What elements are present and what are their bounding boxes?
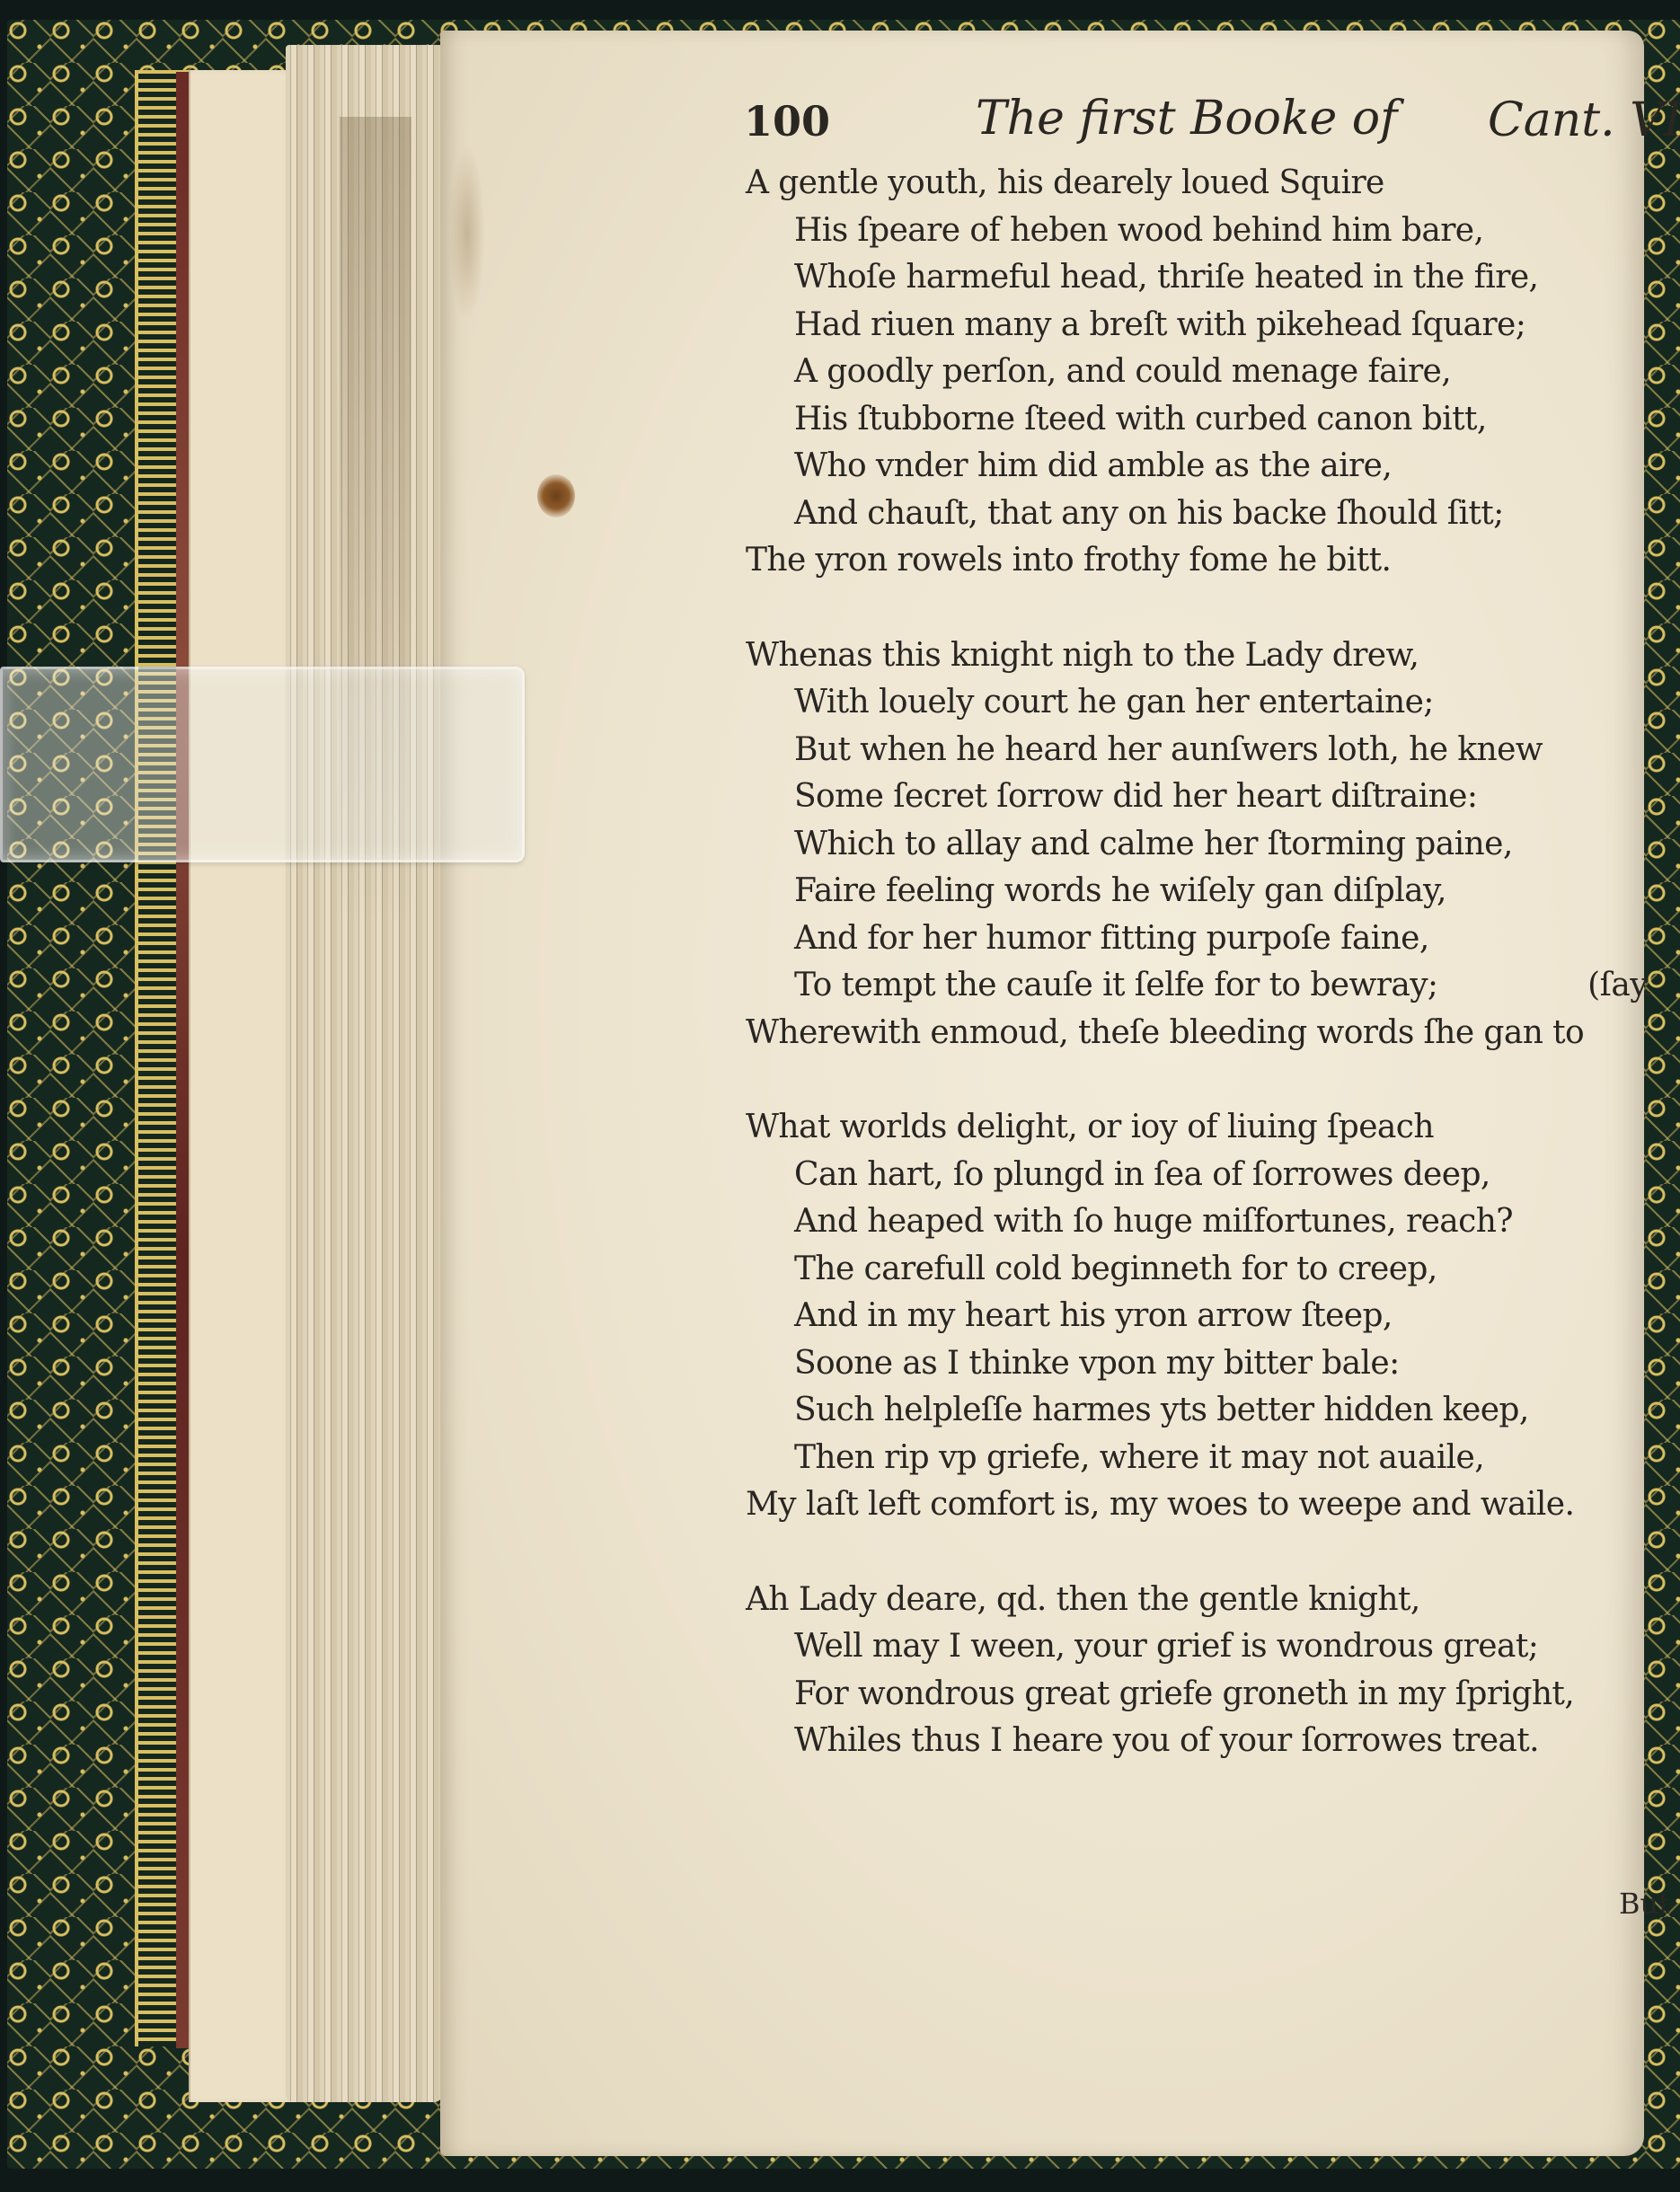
verse-line: What worlds delight, or ioy of liuing ſp… bbox=[746, 1104, 1653, 1152]
marbled-edge-strip bbox=[176, 72, 189, 2048]
verse-line: Who vnder him did amble as the aire, bbox=[746, 443, 1653, 491]
verse-line: Which to allay and calme her ſtorming pa… bbox=[746, 821, 1653, 869]
stanza: What worlds delight, or ioy of liuing ſp… bbox=[746, 1104, 1653, 1529]
stanza: A gentle youth, his dearely loued Squire… bbox=[746, 160, 1653, 585]
page-block-fore-edge bbox=[286, 45, 443, 2102]
verse-line: The carefull cold beginneth for to creep… bbox=[746, 1246, 1653, 1294]
stanza: Ah Lady deare, qd. then the gentle knigh… bbox=[746, 1577, 1653, 1765]
verse-line: Soone as I thinke vpon my bitter bale: bbox=[746, 1340, 1653, 1388]
ink-stain-spot bbox=[537, 474, 575, 517]
running-title: The first Booke of bbox=[976, 92, 1397, 146]
verse-line-alexandrine: My laſt left comfort is, my woes to weep… bbox=[746, 1481, 1653, 1529]
verse-line: Then rip vp griefe, where it may not aua… bbox=[746, 1435, 1653, 1482]
catchword: But bbox=[1619, 1887, 1670, 1921]
page-header: 100 The first Booke of Cant. VII. bbox=[744, 97, 1642, 160]
acrylic-page-weight[interactable] bbox=[0, 667, 525, 862]
verse-line: Some ſecret ſorrow did her heart diſtrai… bbox=[746, 773, 1653, 821]
verse-line: For wondrous great griefe groneth in my … bbox=[746, 1671, 1653, 1719]
verse-line: And for her humor fitting purpoſe faine, bbox=[746, 915, 1653, 963]
verse-line: A gentle youth, his dearely loued Squire bbox=[746, 160, 1653, 208]
endpaper bbox=[189, 70, 294, 2102]
verse-line: But when he heard her aunſwers loth, he … bbox=[746, 727, 1653, 774]
verse-line: Whoſe harmeful head, thriſe heated in th… bbox=[746, 254, 1653, 302]
verse-line: His ſtubborne ſteed with curbed canon bi… bbox=[746, 396, 1653, 444]
verse-line: Can hart, ſo plungd in ſea of ſorrowes d… bbox=[746, 1152, 1653, 1199]
stanza: Whenas this knight nigh to the Lady drew… bbox=[746, 632, 1653, 1057]
verse-line: And chauſt, that any on his backe ſhould… bbox=[746, 491, 1653, 538]
foxing-stain bbox=[449, 144, 485, 323]
verse-line: Such helpleſſe harmes yts better hidden … bbox=[746, 1387, 1653, 1435]
verse-line-alexandrine: Wherewith enmoud, theſe bleeding words ſ… bbox=[746, 1010, 1653, 1057]
verse-line: Faire feeling words he wiſely gan diſpla… bbox=[746, 868, 1653, 915]
verse-line: And in my heart his yron arrow ſteep, bbox=[746, 1293, 1653, 1340]
verse-line: Ah Lady deare, qd. then the gentle knigh… bbox=[746, 1577, 1653, 1624]
verse-line: Whenas this knight nigh to the Lady drew… bbox=[746, 632, 1653, 680]
verse-line: With louely court he gan her entertaine; bbox=[746, 679, 1653, 727]
verse-line: And heaped with ſo huge miſfortunes, rea… bbox=[746, 1198, 1653, 1246]
turnover-word: (ſay. bbox=[1587, 962, 1653, 1010]
verse-line: Whiles thus I heare you of your ſorrowes… bbox=[746, 1718, 1653, 1765]
verse-line: His ſpeare of heben wood behind him bare… bbox=[746, 208, 1653, 255]
poem-text-block: A gentle youth, his dearely loued Squire… bbox=[746, 160, 1653, 1813]
page-number: 100 bbox=[744, 97, 830, 146]
verse-line: A goodly perſon, and could menage faire, bbox=[746, 349, 1653, 396]
verse-line: To tempt the cauſe it ſelfe for to bewra… bbox=[746, 962, 1653, 1010]
verse-line: Well may I ween, your grief is wondrous … bbox=[746, 1623, 1653, 1671]
verse-line-text: To tempt the cauſe it ſelfe for to bewra… bbox=[794, 967, 1437, 1003]
canto-label: Cant. VII. bbox=[1488, 93, 1680, 147]
verse-line: Had riuen many a breſt with pikehead ſqu… bbox=[746, 302, 1653, 349]
verse-line-alexandrine: The yron rowels into frothy fome he bitt… bbox=[746, 537, 1653, 585]
